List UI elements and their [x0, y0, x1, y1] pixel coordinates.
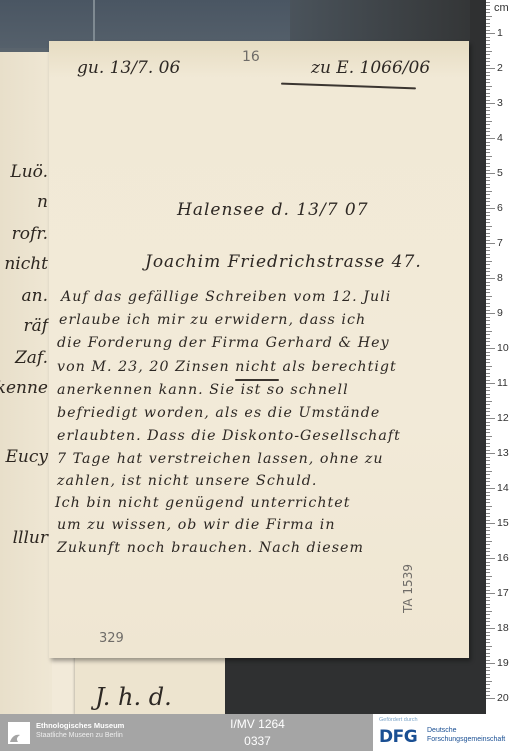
lower-sheet-signature: J. h. d. — [95, 683, 172, 711]
reference-note: zu E. 1066/06 — [311, 58, 430, 78]
lower-sheet: J. h. d. — [75, 655, 225, 715]
ruler-tick — [486, 681, 492, 682]
ruler-tick — [486, 250, 490, 251]
ruler-tick — [486, 82, 490, 83]
ruler-tick — [486, 65, 490, 66]
letter-line: anerkennen kann. Sie ist so schnell — [57, 382, 349, 398]
ruler-tick — [486, 369, 490, 370]
left-fragment: n — [37, 192, 48, 212]
ruler-tick — [486, 44, 490, 45]
ruler-tick — [486, 366, 492, 367]
ruler-tick — [486, 236, 490, 237]
ruler-tick — [486, 404, 490, 405]
ruler-tick — [486, 261, 492, 262]
ruler-tick — [486, 226, 492, 227]
left-fragment: Luö. — [10, 162, 48, 182]
ruler-tick — [486, 212, 490, 213]
ruler-mark: 3 — [497, 97, 503, 109]
ruler-tick — [486, 352, 490, 353]
ruler-tick — [486, 72, 490, 73]
ruler-tick — [486, 145, 490, 146]
ruler-tick — [486, 303, 490, 304]
ruler-tick — [486, 499, 490, 500]
ruler-tick — [486, 16, 492, 17]
ruler-tick — [486, 54, 490, 55]
ruler-mark: 20 — [497, 692, 509, 704]
ruler-mark: 14 — [497, 482, 509, 494]
ruler-mark: 7 — [497, 237, 503, 249]
ruler-tick — [486, 474, 490, 475]
ruler-tick — [486, 33, 495, 34]
ruler-tick — [486, 100, 490, 101]
ruler-tick — [486, 478, 490, 479]
ruler-tick — [486, 355, 490, 356]
ruler-tick — [486, 243, 495, 244]
dfg-logo-icon: DFG — [379, 727, 417, 747]
ruler-tick — [486, 656, 490, 657]
ruler-tick — [486, 187, 490, 188]
ruler-tick — [486, 593, 495, 594]
ruler-tick — [486, 579, 490, 580]
ruler-tick — [486, 544, 490, 545]
ruler-tick — [486, 131, 490, 132]
ruler-mark: 18 — [497, 622, 509, 634]
left-fragment: rofr. — [12, 224, 48, 244]
ruler-tick — [486, 628, 495, 629]
ruler-tick — [486, 635, 490, 636]
left-underlying-sheet: Luö. n rofr. nicht an. räf Zaf. kenne Eu… — [0, 52, 52, 714]
letter-line: erlaube ich mir zu erwidern, dass ich — [59, 312, 366, 328]
ruler-tick — [486, 555, 490, 556]
place-date: Halensee d. 13/7 07 — [177, 200, 369, 220]
ruler-tick — [486, 313, 495, 314]
ruler-tick — [486, 530, 490, 531]
ruler-tick — [486, 646, 492, 647]
left-fragment: nicht — [4, 254, 48, 274]
archive-stamp: TA 1539 — [401, 564, 415, 613]
ruler-tick — [486, 541, 492, 542]
letter-line: Zukunft noch brauchen. Nach diesem — [57, 540, 364, 556]
ruler-tick — [486, 135, 490, 136]
ruler-tick — [486, 285, 490, 286]
ruler-mark: 12 — [497, 412, 509, 424]
ruler-tick — [486, 446, 490, 447]
ruler-tick — [486, 359, 490, 360]
ruler-tick — [486, 9, 490, 10]
ruler-tick — [486, 61, 490, 62]
ruler-tick — [486, 569, 490, 570]
left-fragment: Zaf. — [15, 348, 48, 368]
ruler-tick — [486, 597, 490, 598]
ruler-tick — [486, 600, 490, 601]
ruler-tick — [486, 205, 490, 206]
ruler-tick — [486, 653, 490, 654]
ruler-tick — [486, 607, 490, 608]
ruler-mark: 6 — [497, 202, 503, 214]
ruler-tick — [486, 425, 490, 426]
ruler-tick — [486, 387, 490, 388]
ruler-tick — [486, 93, 490, 94]
ruler-tick — [486, 562, 490, 563]
page-number: 0337 — [200, 734, 315, 748]
ruler-tick — [486, 394, 490, 395]
ruler-tick — [486, 26, 490, 27]
archive-footer: Ethnologisches Museum Staatliche Museen … — [0, 714, 512, 751]
ruler-tick — [486, 471, 492, 472]
ruler-tick — [486, 457, 490, 458]
ruler-mark: 15 — [497, 517, 509, 529]
ruler-tick — [486, 513, 490, 514]
ruler-tick — [486, 257, 490, 258]
ruler-tick — [486, 23, 490, 24]
ruler-tick — [486, 268, 490, 269]
ruler-tick — [486, 341, 490, 342]
ruler-tick — [486, 439, 490, 440]
ruler-tick — [486, 674, 490, 675]
ruler-tick — [486, 481, 490, 482]
ruler-tick — [486, 233, 490, 234]
letter-page: gu. 13/7. 06 16 zu E. 1066/06 Halensee d… — [49, 41, 469, 658]
ruler-tick — [486, 464, 490, 465]
ruler-tick — [486, 163, 490, 164]
ruler-tick — [486, 68, 495, 69]
ruler-tick — [486, 436, 492, 437]
ruler-tick — [486, 40, 490, 41]
folio-number: 16 — [242, 49, 260, 65]
ruler-tick — [486, 338, 490, 339]
letter-line: Ich bin nicht genügend unterrichtet — [55, 495, 351, 511]
ruler-tick — [486, 429, 490, 430]
ruler-tick — [486, 345, 490, 346]
ruler-tick — [486, 523, 495, 524]
ruler-tick — [486, 75, 490, 76]
ruler-tick — [486, 586, 490, 587]
ruler-tick — [486, 254, 490, 255]
letter-line: befriedigt worden, als es die Umstände — [57, 405, 380, 421]
letter-line: die Forderung der Firma Gerhard & Hey — [57, 335, 390, 351]
ruler-tick — [486, 695, 490, 696]
ruler-tick — [486, 292, 490, 293]
ruler-tick — [486, 642, 490, 643]
funder-logo: Gefördert durch DFG Deutsche Forschungsg… — [373, 714, 512, 751]
ruler-tick — [486, 310, 490, 311]
ruler-tick — [486, 516, 490, 517]
ruler-tick — [486, 331, 492, 332]
ruler-tick — [486, 485, 490, 486]
ruler-tick — [486, 96, 490, 97]
ruler-tick — [486, 576, 492, 577]
ruler-tick — [486, 47, 490, 48]
ruler-tick — [486, 411, 490, 412]
ruler-tick — [486, 152, 490, 153]
ruler-tick — [486, 282, 490, 283]
ruler-tick — [486, 2, 490, 3]
ruler-tick — [486, 180, 490, 181]
ruler-tick — [486, 604, 490, 605]
ruler-tick — [486, 327, 490, 328]
ruler-tick — [486, 177, 490, 178]
ruler-tick — [486, 520, 490, 521]
institution-subtitle: Staatliche Museen zu Berlin — [36, 732, 123, 739]
ruler-tick — [486, 618, 490, 619]
ruler-tick — [486, 51, 492, 52]
ruler-tick — [486, 639, 490, 640]
ruler-tick — [486, 572, 490, 573]
ruler-tick — [486, 502, 490, 503]
ruler-tick — [486, 467, 490, 468]
ruler-tick — [486, 320, 490, 321]
ruler-tick — [486, 509, 490, 510]
ruler-tick — [486, 159, 490, 160]
ruler-tick — [486, 114, 490, 115]
ruler-tick — [486, 390, 490, 391]
ruler-tick — [486, 142, 490, 143]
ruler-tick — [486, 401, 492, 402]
ruler-tick — [486, 698, 495, 699]
museum-logo-icon — [8, 722, 30, 744]
ruler-tick — [486, 418, 495, 419]
ruler-tick — [486, 380, 490, 381]
funded-by-label: Gefördert durch — [379, 717, 418, 723]
ruler-tick — [486, 194, 490, 195]
ruler-tick — [486, 548, 490, 549]
ruler-tick — [486, 30, 490, 31]
ruler-tick — [486, 488, 495, 489]
ruler-tick — [486, 12, 490, 13]
ruler-tick — [486, 450, 490, 451]
ruler-tick — [486, 506, 492, 507]
ruler-tick — [486, 324, 490, 325]
pencil-page-number: 329 — [99, 631, 124, 646]
ruler-tick — [486, 306, 490, 307]
ruler-mark: 5 — [497, 167, 503, 179]
ruler-tick — [486, 348, 495, 349]
ruler-tick — [486, 443, 490, 444]
ruler-tick — [486, 422, 490, 423]
ruler-mark: 17 — [497, 587, 509, 599]
letter-line: zahlen, ist nicht unsere Schuld. — [57, 473, 317, 489]
ruler-tick — [486, 660, 490, 661]
left-fragment: lllur — [13, 528, 48, 548]
ruler-tick — [486, 677, 490, 678]
ruler-tick — [486, 632, 490, 633]
ruler-tick — [486, 289, 490, 290]
ruler-tick — [486, 103, 495, 104]
ruler-tick — [486, 432, 490, 433]
ruler-tick — [486, 86, 492, 87]
ruler-tick — [486, 397, 490, 398]
ruler-tick — [486, 492, 490, 493]
ruler-tick — [486, 215, 490, 216]
ruler-tick — [486, 278, 495, 279]
ruler-tick — [486, 663, 495, 664]
ruler-tick — [486, 317, 490, 318]
ruler-tick — [486, 107, 490, 108]
ruler-mark: 8 — [497, 272, 503, 284]
ruler-tick — [486, 208, 495, 209]
ruler-tick — [486, 565, 490, 566]
ruler-mark: 4 — [497, 132, 503, 144]
ruler-tick — [486, 5, 490, 6]
ruler-tick — [486, 611, 492, 612]
ruler-tick — [486, 89, 490, 90]
letter-line: um zu wissen, ob wir die Firma in — [57, 517, 336, 533]
ruler-tick — [486, 138, 495, 139]
institution-name: Ethnologisches Museum — [36, 721, 124, 730]
ruler-mark: 1 — [497, 27, 503, 39]
ruler-tick — [486, 299, 490, 300]
ruler-tick — [486, 590, 490, 591]
ruler-tick — [486, 37, 490, 38]
letter-line: erlaubten. Dass die Diskonto-Gesellschaf… — [57, 428, 401, 444]
ruler-tick — [486, 551, 490, 552]
left-fragment: kenne — [0, 378, 48, 398]
received-note: gu. 13/7. 06 — [77, 58, 180, 78]
ruler-tick — [486, 460, 490, 461]
ruler-tick — [486, 495, 490, 496]
ruler-tick — [486, 275, 490, 276]
ruler-tick — [486, 222, 490, 223]
ruler-tick — [486, 691, 490, 692]
ruler-tick — [486, 156, 492, 157]
ruler-tick — [486, 534, 490, 535]
ruler-tick — [486, 334, 490, 335]
ruler-tick — [486, 121, 492, 122]
ruler-tick — [486, 670, 490, 671]
ruler-tick — [486, 408, 490, 409]
ruler-tick — [486, 117, 490, 118]
ruler-mark: 2 — [497, 62, 503, 74]
ruler-mark: 11 — [497, 377, 508, 389]
ruler-mark: 16 — [497, 552, 509, 564]
ruler-tick — [486, 264, 490, 265]
letter-line: 7 Tage hat verstreichen lassen, ohne zu — [57, 451, 384, 467]
ruler-tick — [486, 453, 495, 454]
ruler-tick — [486, 558, 495, 559]
ruler-mark: 19 — [497, 657, 509, 669]
ruler-tick — [486, 271, 490, 272]
ruler-tick — [486, 625, 490, 626]
ruler-tick — [486, 219, 490, 220]
ruler-tick — [486, 296, 492, 297]
ruler-tick — [486, 110, 490, 111]
scale-ruler: cm 1 2 3 4 5 6 7 8 9 10 11 12 13 14 15 1… — [486, 0, 512, 714]
ruler-tick — [486, 170, 490, 171]
ruler-tick — [486, 583, 490, 584]
ruler-tick — [486, 527, 490, 528]
ruler-mark: 10 — [497, 342, 509, 354]
ruler-mark: 9 — [497, 307, 503, 319]
ruler-tick — [486, 362, 490, 363]
ruler-unit: cm — [494, 2, 509, 14]
ruler-tick — [486, 166, 490, 167]
ruler-tick — [486, 247, 490, 248]
ruler-tick — [486, 173, 495, 174]
ruler-tick — [486, 537, 490, 538]
ruler-tick — [486, 383, 495, 384]
ruler-tick — [486, 128, 490, 129]
ruler-tick — [486, 149, 490, 150]
left-fragment: Eucy — [6, 447, 48, 467]
ruler-tick — [486, 240, 490, 241]
left-fragment: räf — [23, 316, 48, 336]
ruler-tick — [486, 229, 490, 230]
ruler-tick — [486, 376, 490, 377]
ruler-tick — [486, 201, 490, 202]
ruler-tick — [486, 58, 490, 59]
lower-sheet-edge — [52, 655, 76, 715]
ruler-tick — [486, 124, 490, 125]
ruler-tick — [486, 191, 492, 192]
ruler-mark: 13 — [497, 447, 509, 459]
reference-underline — [281, 83, 416, 89]
funder-name-line2: Forschungsgemeinschaft — [427, 736, 505, 743]
sender-address: Joachim Friedrichstrasse 47. — [145, 252, 422, 272]
ruler-tick — [486, 19, 490, 20]
ruler-tick — [486, 415, 490, 416]
letter-line: von M. 23, 20 Zinsen nicht als berechtig… — [57, 359, 397, 375]
ruler-tick — [486, 373, 490, 374]
shelfmark: I/MV 1264 — [200, 717, 315, 731]
ruler-tick — [486, 184, 490, 185]
letter-line: Auf das gefällige Schreiben vom 12. Juli — [61, 289, 391, 305]
ruler-tick — [486, 667, 490, 668]
ruler-tick — [486, 198, 490, 199]
funder-name-line1: Deutsche — [427, 727, 457, 734]
ruler-tick — [486, 614, 490, 615]
emphasis-underline — [235, 379, 279, 381]
ruler-tick — [486, 688, 490, 689]
ruler-tick — [486, 684, 490, 685]
left-fragment: an. — [22, 286, 49, 306]
ruler-tick — [486, 79, 490, 80]
ruler-tick — [486, 621, 490, 622]
ruler-tick — [486, 649, 490, 650]
